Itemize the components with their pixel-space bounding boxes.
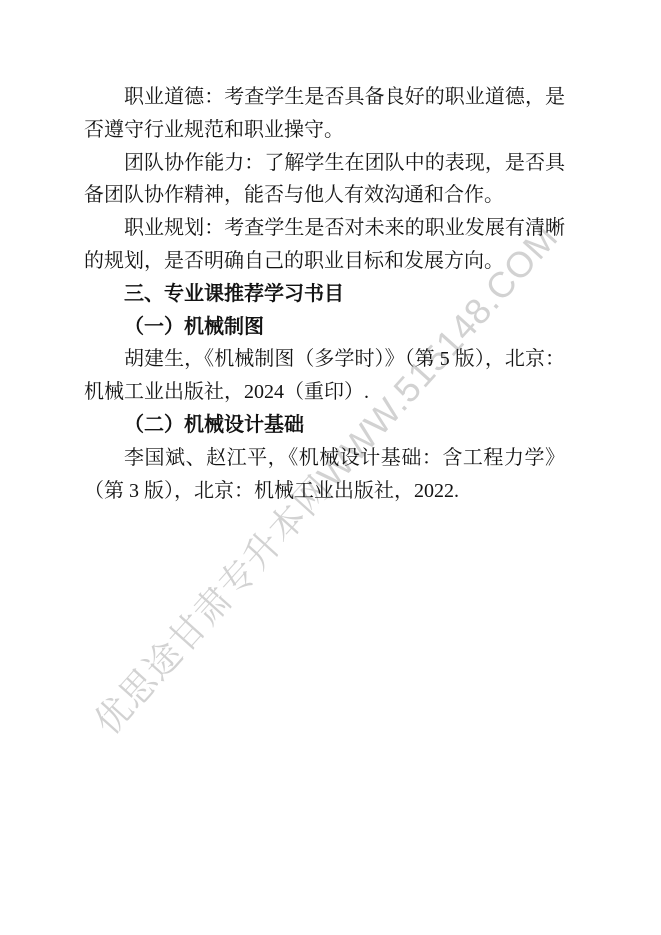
subsection-heading-mechanical-design-basics: （二）机械设计基础	[84, 409, 565, 442]
paragraph-teamwork-ability: 团队协作能力：了解学生在团队中的表现，是否具备团队协作精神，能否与他人有效沟通和…	[84, 147, 565, 213]
document-page: 优思途甘肃专升本网WWW.515148.COM 职业道德：考查学生是否具备良好的…	[0, 0, 661, 935]
section-heading-recommended-books: 三、专业课推荐学习书目	[84, 278, 565, 311]
citation-mechanical-design-basics: 李国斌、赵江平，《机械设计基础：含工程力学》（第 3 版），北京：机械工业出版社…	[84, 442, 565, 508]
subsection-heading-mechanical-drawing: （一）机械制图	[84, 311, 565, 344]
document-body: 职业道德：考查学生是否具备良好的职业道德，是否遵守行业规范和职业操守。 团队协作…	[0, 0, 661, 507]
paragraph-career-planning: 职业规划：考查学生是否对未来的职业发展有清晰的规划，是否明确自己的职业目标和发展…	[84, 212, 565, 278]
paragraph-vocational-ethics: 职业道德：考查学生是否具备良好的职业道德，是否遵守行业规范和职业操守。	[84, 81, 565, 147]
citation-mechanical-drawing: 胡建生，《机械制图（多学时）》（第 5 版），北京：机械工业出版社，2024（重…	[84, 343, 565, 409]
